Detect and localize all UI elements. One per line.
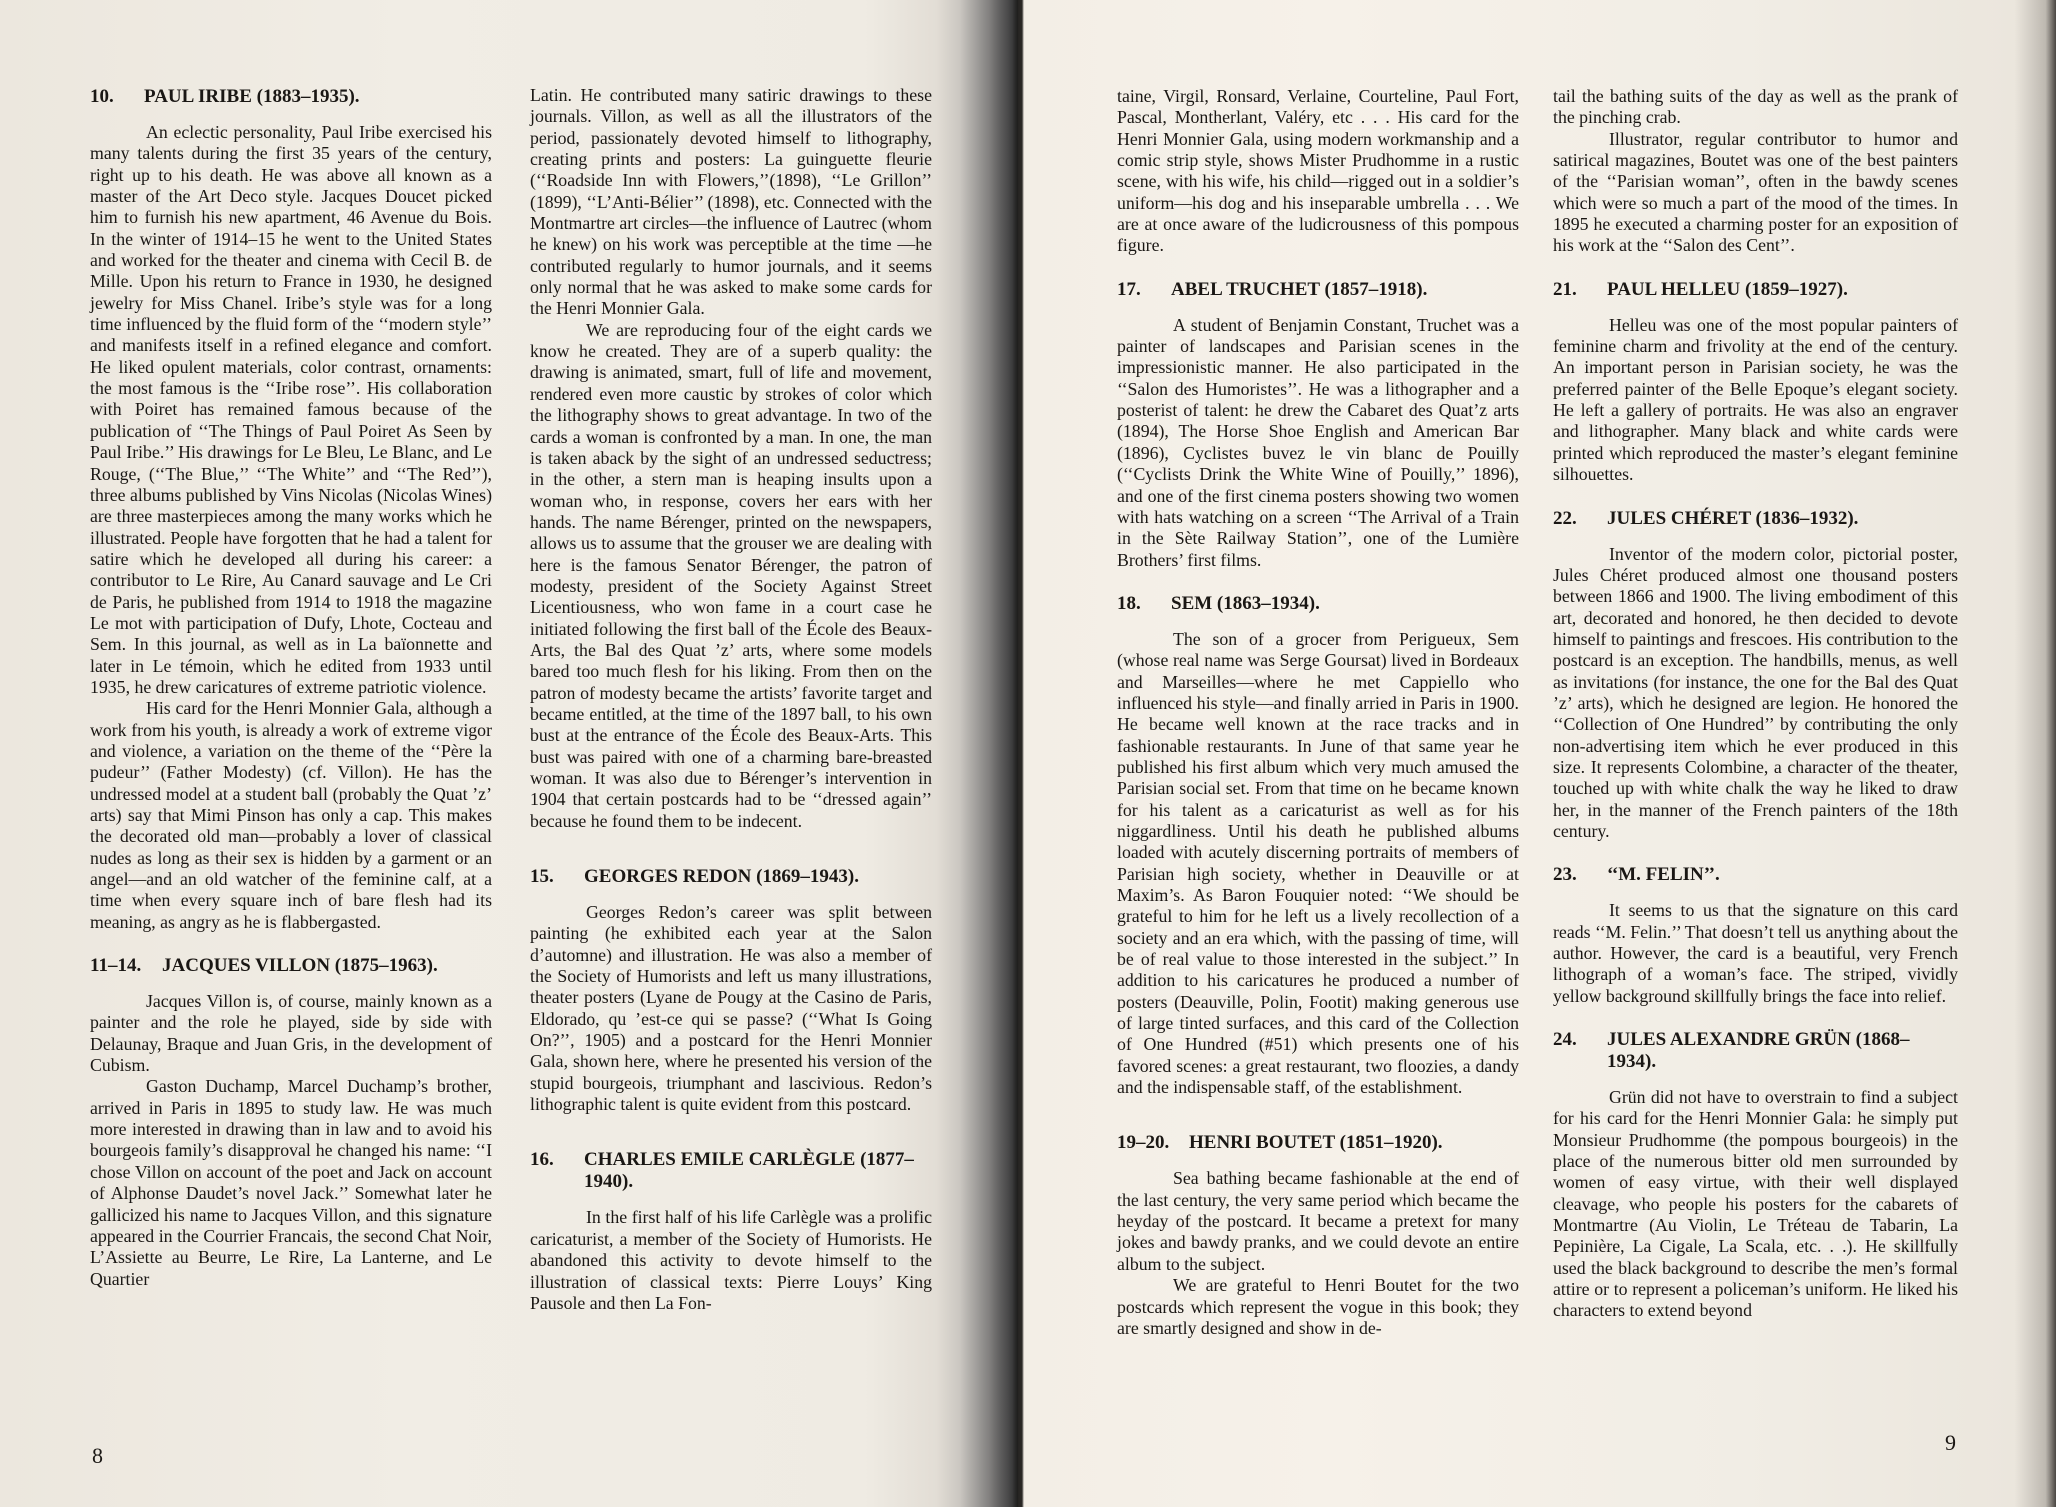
continued-paragraph: tail the bathing suits of the day as wel… bbox=[1553, 86, 1958, 129]
column-1: 10. PAUL IRIBE (1883–1935). An eclectic … bbox=[90, 86, 492, 1290]
entry-title: PAUL IRIBE (1883–1935). bbox=[144, 86, 492, 108]
paragraph: Grün did not have to overstrain to find … bbox=[1553, 1087, 1958, 1322]
entry-title: SEM (1863–1934). bbox=[1171, 593, 1519, 615]
entry-number: 17. bbox=[1117, 279, 1171, 301]
page-number-right: 9 bbox=[1945, 1432, 1956, 1454]
entry-number: 11–14. bbox=[90, 955, 162, 977]
section-abel-truchet: 17. ABEL TRUCHET (1857–1918). A student … bbox=[1117, 279, 1519, 571]
paragraph: Jacques Villon is, of course, mainly kno… bbox=[90, 991, 492, 1076]
paragraph: His card for the Henri Monnier Gala, alt… bbox=[90, 698, 492, 933]
section-paul-iribe: 10. PAUL IRIBE (1883–1935). An eclectic … bbox=[90, 86, 492, 933]
column-2: Latin. He contributed many satiric drawi… bbox=[530, 85, 932, 1314]
entry-title: JULES ALEXANDRE GRÜN (1868–1934). bbox=[1607, 1029, 1958, 1073]
section-charles-emile-carlegle: 16. CHARLES EMILE CARLÈGLE (1877–1940). … bbox=[530, 1149, 932, 1314]
paragraph: The son of a grocer from Perigueux, Sem … bbox=[1117, 629, 1519, 1099]
section-heading: 19–20. HENRI BOUTET (1851–1920). bbox=[1117, 1132, 1519, 1154]
continued-paragraph: Latin. He contributed many satiric drawi… bbox=[530, 85, 932, 320]
entry-title: CHARLES EMILE CARLÈGLE (1877–1940). bbox=[584, 1149, 932, 1193]
entry-title: PAUL HELLEU (1859–1927). bbox=[1607, 279, 1958, 301]
entry-title: JULES CHÉRET (1836–1932). bbox=[1607, 508, 1958, 530]
section-jules-alexandre-grun: 24. JULES ALEXANDRE GRÜN (1868–1934). Gr… bbox=[1553, 1029, 1958, 1322]
continued-paragraph: taine, Virgil, Ronsard, Verlaine, Courte… bbox=[1117, 86, 1519, 257]
entry-title: GEORGES REDON (1869–1943). bbox=[584, 866, 932, 888]
section-heading: 21. PAUL HELLEU (1859–1927). bbox=[1553, 279, 1958, 301]
entry-number: 23. bbox=[1553, 864, 1607, 886]
entry-number: 16. bbox=[530, 1149, 584, 1193]
page-number-left: 8 bbox=[92, 1445, 103, 1467]
section-m-felin: 23. ‘‘M. FELIN’’. It seems to us that th… bbox=[1553, 864, 1958, 1007]
section-heading: 23. ‘‘M. FELIN’’. bbox=[1553, 864, 1958, 886]
paragraph: A student of Benjamin Constant, Truchet … bbox=[1117, 315, 1519, 571]
entry-number: 18. bbox=[1117, 593, 1171, 615]
paragraph: Illustrator, regular contributor to humo… bbox=[1553, 129, 1958, 257]
section-jules-cheret: 22. JULES CHÉRET (1836–1932). Inventor o… bbox=[1553, 508, 1958, 843]
section-heading: 18. SEM (1863–1934). bbox=[1117, 593, 1519, 615]
entry-number: 19–20. bbox=[1117, 1132, 1189, 1154]
paragraph: Gaston Duchamp, Marcel Duchamp’s brother… bbox=[90, 1076, 492, 1289]
section-heading: 16. CHARLES EMILE CARLÈGLE (1877–1940). bbox=[530, 1149, 932, 1193]
section-heading: 24. JULES ALEXANDRE GRÜN (1868–1934). bbox=[1553, 1029, 1958, 1073]
entry-number: 15. bbox=[530, 866, 584, 888]
entry-title: ABEL TRUCHET (1857–1918). bbox=[1171, 279, 1519, 301]
section-heading: 17. ABEL TRUCHET (1857–1918). bbox=[1117, 279, 1519, 301]
section-heading: 10. PAUL IRIBE (1883–1935). bbox=[90, 86, 492, 108]
paragraph: Georges Redon’s career was split between… bbox=[530, 902, 932, 1115]
entry-title: ‘‘M. FELIN’’. bbox=[1607, 864, 1958, 886]
entry-title: JACQUES VILLON (1875–1963). bbox=[162, 955, 492, 977]
entry-number: 24. bbox=[1553, 1029, 1607, 1073]
book-spine-shadow bbox=[960, 0, 1018, 1507]
entry-title: HENRI BOUTET (1851–1920). bbox=[1189, 1132, 1519, 1154]
paragraph: We are grateful to Henri Boutet for the … bbox=[1117, 1275, 1519, 1339]
paragraph: Inventor of the modern color, pictorial … bbox=[1553, 544, 1958, 843]
section-jacques-villon: 11–14. JACQUES VILLON (1875–1963). Jacqu… bbox=[90, 955, 492, 1290]
column-3: taine, Virgil, Ronsard, Verlaine, Courte… bbox=[1117, 86, 1519, 1339]
section-sem: 18. SEM (1863–1934). The son of a grocer… bbox=[1117, 593, 1519, 1099]
section-henri-boutet: 19–20. HENRI BOUTET (1851–1920). Sea bat… bbox=[1117, 1132, 1519, 1339]
section-heading: 22. JULES CHÉRET (1836–1932). bbox=[1553, 508, 1958, 530]
section-georges-redon: 15. GEORGES REDON (1869–1943). Georges R… bbox=[530, 866, 932, 1115]
paragraph: Helleu was one of the most popular paint… bbox=[1553, 315, 1958, 486]
section-heading: 15. GEORGES REDON (1869–1943). bbox=[530, 866, 932, 888]
entry-number: 10. bbox=[90, 86, 144, 108]
paragraph: Sea bathing became fashionable at the en… bbox=[1117, 1168, 1519, 1275]
column-4: tail the bathing suits of the day as wel… bbox=[1553, 86, 1958, 1322]
paragraph: We are reproducing four of the eight car… bbox=[530, 320, 932, 832]
paragraph: An eclectic personality, Paul Iribe exer… bbox=[90, 122, 492, 698]
entry-number: 22. bbox=[1553, 508, 1607, 530]
section-heading: 11–14. JACQUES VILLON (1875–1963). bbox=[90, 955, 492, 977]
section-paul-helleu: 21. PAUL HELLEU (1859–1927). Helleu was … bbox=[1553, 279, 1958, 486]
paragraph: It seems to us that the signature on thi… bbox=[1553, 900, 1958, 1007]
paragraph: In the first half of his life Carlègle w… bbox=[530, 1207, 932, 1314]
entry-number: 21. bbox=[1553, 279, 1607, 301]
